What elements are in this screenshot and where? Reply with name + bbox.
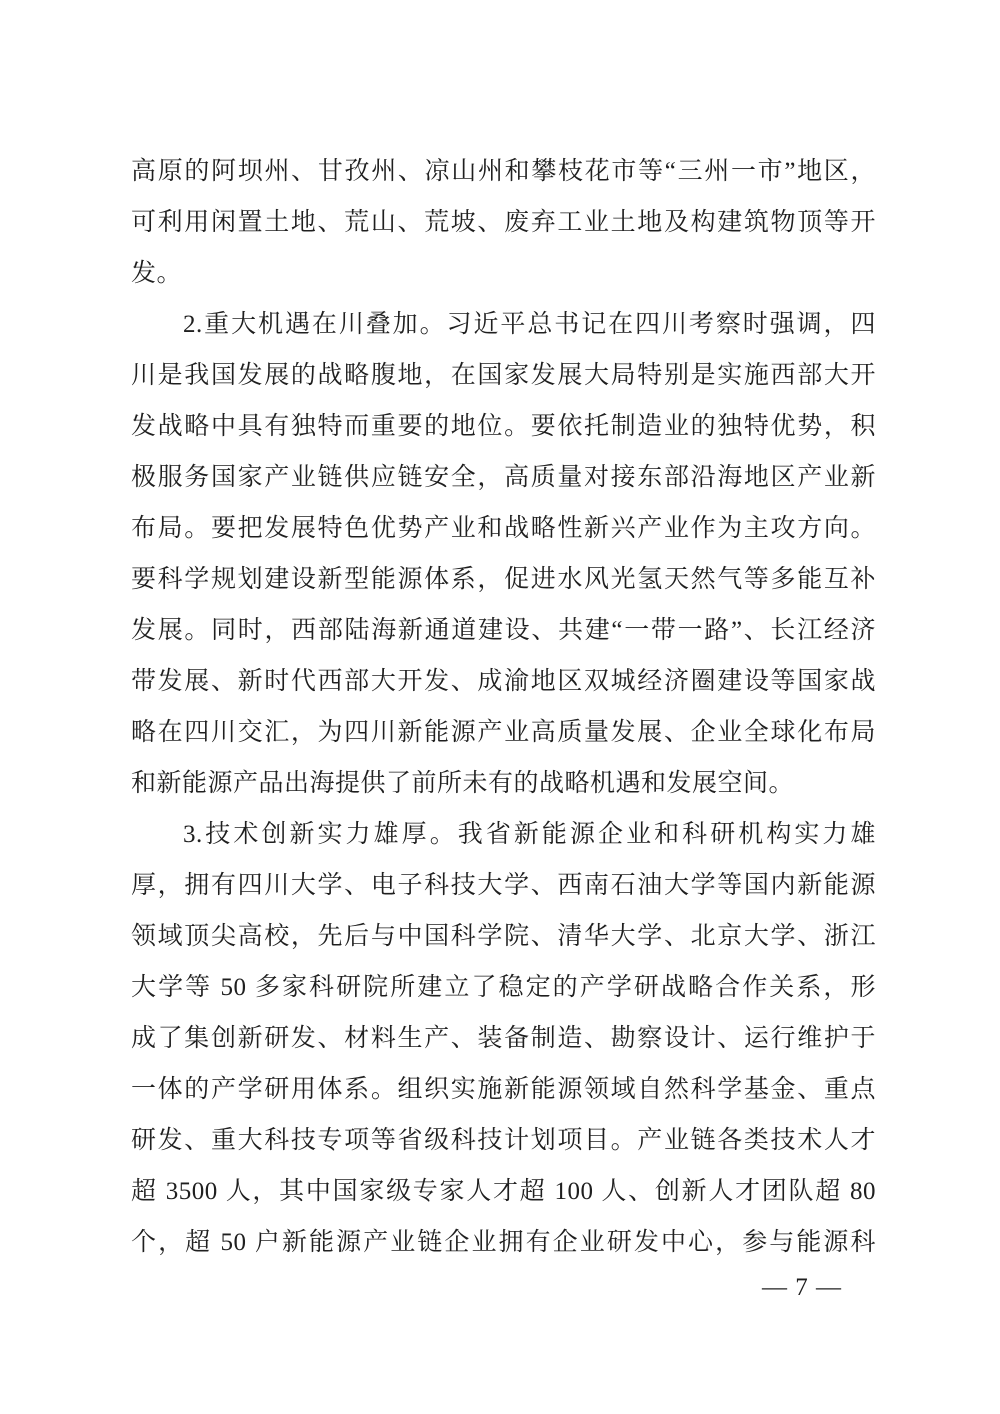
text-line-5: 川是我国发展的战略腹地，在国家发展大局特别是实施西部大开 xyxy=(131,350,876,401)
page-number: — 7 — xyxy=(762,1262,842,1313)
text-line-1: 高原的阿坝州、甘孜州、凉山州和攀枝花市等“三州一市”地区， xyxy=(131,146,876,197)
text-line-21: 超 3500 人，其中国家级专家人才超 100 人、创新人才团队超 80 xyxy=(131,1166,876,1217)
text-line-3: 发。 xyxy=(131,248,876,299)
text-line-15: 厚，拥有四川大学、电子科技大学、西南石油大学等国内新能源 xyxy=(131,860,876,911)
text-line-6: 发战略中具有独特而重要的地位。要依托制造业的独特优势，积 xyxy=(131,401,876,452)
text-line-2: 可利用闲置土地、荒山、荒坡、废弃工业土地及构建筑物顶等开 xyxy=(131,197,876,248)
text-line-13: 和新能源产品出海提供了前所未有的战略机遇和发展空间。 xyxy=(131,758,876,809)
text-line-12: 略在四川交汇，为四川新能源产业高质量发展、企业全球化布局 xyxy=(131,707,876,758)
text-line-7: 极服务国家产业链供应链安全，高质量对接东部沿海地区产业新 xyxy=(131,452,876,503)
text-line-22: 个，超 50 户新能源产业链企业拥有企业研发中心，参与能源科 xyxy=(131,1217,876,1268)
text-line-9: 要科学规划建设新型能源体系，促进水风光氢天然气等多能互补 xyxy=(131,554,876,605)
document-body: 高原的阿坝州、甘孜州、凉山州和攀枝花市等“三州一市”地区， 可利用闲置土地、荒山… xyxy=(131,146,876,1268)
text-line-11: 带发展、新时代西部大开发、成渝地区双城经济圈建设等国家战 xyxy=(131,656,876,707)
text-line-14: 3.技术创新实力雄厚。我省新能源企业和科研机构实力雄 xyxy=(131,809,876,860)
text-line-4: 2.重大机遇在川叠加。习近平总书记在四川考察时强调，四 xyxy=(131,299,876,350)
text-line-8: 布局。要把发展特色优势产业和战略性新兴产业作为主攻方向。 xyxy=(131,503,876,554)
text-line-20: 研发、重大科技专项等省级科技计划项目。产业链各类技术人才 xyxy=(131,1115,876,1166)
text-line-18: 成了集创新研发、材料生产、装备制造、勘察设计、运行维护于 xyxy=(131,1013,876,1064)
text-line-17: 大学等 50 多家科研院所建立了稳定的产学研战略合作关系，形 xyxy=(131,962,876,1013)
document-page: 高原的阿坝州、甘孜州、凉山州和攀枝花市等“三州一市”地区， 可利用闲置土地、荒山… xyxy=(0,0,1000,1414)
text-line-19: 一体的产学研用体系。组织实施新能源领域自然科学基金、重点 xyxy=(131,1064,876,1115)
text-line-16: 领域顶尖高校，先后与中国科学院、清华大学、北京大学、浙江 xyxy=(131,911,876,962)
text-line-10: 发展。同时，西部陆海新通道建设、共建“一带一路”、长江经济 xyxy=(131,605,876,656)
